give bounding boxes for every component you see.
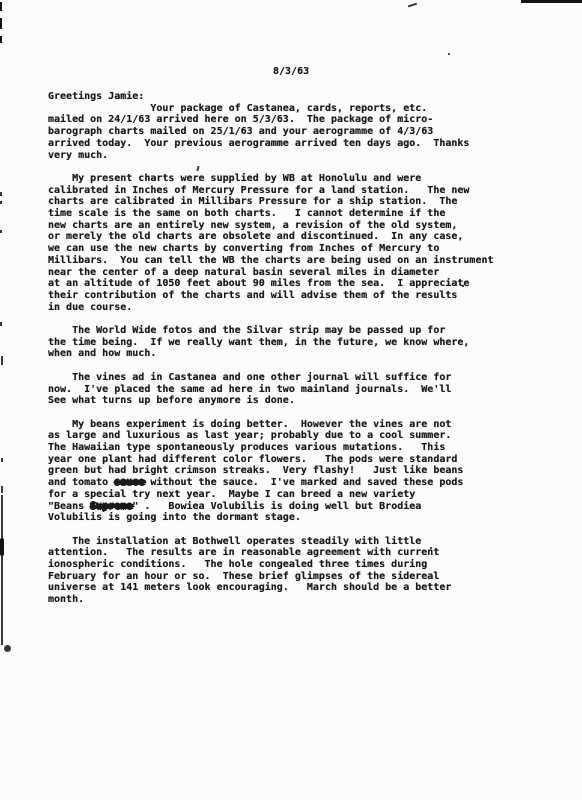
letter-line: in due course. (48, 302, 494, 314)
letter-line: and tomato sauce without the sauce. I've… (48, 477, 494, 489)
letter-line: See what turns up before anymore is done… (48, 395, 494, 407)
letter-line: month. (48, 594, 494, 606)
scan-artifact-edge-speck (1, 356, 3, 365)
letter-paragraph: Greetings Jamie: Your package of Castane… (48, 91, 494, 161)
letter-line: My beans experiment is doing better. How… (48, 419, 494, 431)
letter-paragraph: My present charts were supplied by WB at… (48, 173, 494, 313)
letter-line: the time being. If we really want them, … (48, 337, 494, 349)
letter-line: very much. (48, 150, 494, 162)
letter-line: The Hawaiian type spontaneously produces… (48, 442, 494, 454)
scan-artifact-edge-speck (0, 36, 2, 43)
letter-line: Greetings Jamie: (48, 91, 494, 103)
scan-artifact-dot (448, 53, 450, 55)
scan-artifact-edge-speck (0, 322, 2, 326)
letter-line: ionospheric conditions. The hole congeal… (48, 559, 494, 571)
scan-artifact-edge-line (1, 556, 3, 645)
overstruck-word: Supreme (90, 501, 132, 512)
letter-line: year one plant had different color flowe… (48, 454, 494, 466)
scan-artifact-edge-speck (0, 2, 2, 11)
letter-line: calibrated in Inches of Mercury Pressure… (48, 185, 494, 197)
letter-line: new charts are an entirely new system, a… (48, 220, 494, 232)
letter-paragraph: The vines ad in Castanea and one other j… (48, 372, 494, 407)
letter-line: as large and luxurious as last year; pro… (48, 430, 494, 442)
letter-line: barograph charts mailed on 25/1/63 and y… (48, 126, 494, 138)
scan-artifact-edge-speck (0, 192, 2, 196)
letter-line: Your package of Castanea, cards, reports… (48, 103, 494, 115)
letter-line: we can use the new charts by converting … (48, 243, 494, 255)
scan-artifact-top-right-bar (521, 0, 582, 3)
scan-artifact-dot (430, 547, 432, 549)
letter-line: arrived today. Your previous aerogramme … (48, 138, 494, 150)
letter-line: The installation at Bothwell operates st… (48, 536, 494, 548)
letter-line: or merely the old charts are obsolete an… (48, 231, 494, 243)
scan-artifact-edge-speck (1, 486, 3, 493)
letter-line: The vines ad in Castanea and one other j… (48, 372, 494, 384)
letter-line: Volubilis is going into the dormant stag… (48, 512, 494, 524)
letter-line: Millibars. You can tell the WB the chart… (48, 255, 494, 267)
letter-page: 8/3/63 Greetings Jamie: Your package of … (0, 0, 582, 800)
letter-body: Greetings Jamie: Your package of Castane… (48, 91, 494, 606)
scan-artifact-edge-speck (1, 458, 3, 462)
scan-artifact-edge-speck (0, 230, 2, 233)
letter-line: My present charts were supplied by WB at… (48, 173, 494, 185)
letter-line: at an altitude of 1050 feet about 90 mil… (48, 278, 494, 290)
letter-line: their contribution of the charts and wil… (48, 290, 494, 302)
letter-line: for a special try next year. Maybe I can… (48, 489, 494, 501)
letter-paragraph: My beans experiment is doing better. How… (48, 419, 494, 524)
scan-artifact-edge-blob (0, 538, 4, 556)
letter-line: February for an hour or so. These brief … (48, 571, 494, 583)
letter-line: near the center of a deep natural basin … (48, 267, 494, 279)
letter-line: charts are calibrated in Millibars Press… (48, 196, 494, 208)
letter-paragraph: The installation at Bothwell operates st… (48, 536, 494, 606)
scan-artifact-edge-speck (0, 18, 2, 29)
letter-line: universe at 141 meters look encouraging.… (48, 582, 494, 594)
scan-artifact-tick (408, 3, 417, 8)
overstruck-word: sauce (114, 477, 144, 488)
letter-line: "Beans Supreme" . Bowiea Volubilis is do… (48, 501, 494, 513)
letter-line: green but had bright crimson streaks. Ve… (48, 465, 494, 477)
scan-artifact-dot (462, 285, 464, 287)
scan-artifact-edge-line (1, 495, 3, 540)
letter-line: mailed on 24/1/63 arrived here on 5/3/63… (48, 114, 494, 126)
letter-paragraph: The World Wide fotos and the Silvar stri… (48, 325, 494, 360)
letter-line: now. I've placed the same ad here in two… (48, 384, 494, 396)
letter-date: 8/3/63 (273, 66, 309, 78)
scan-artifact-edge-speck (0, 201, 2, 204)
letter-line: The World Wide fotos and the Silvar stri… (48, 325, 494, 337)
letter-line: time scale is the same on both charts. I… (48, 208, 494, 220)
scan-artifact-smudge (4, 645, 11, 652)
letter-line: attention. The results are in reasonable… (48, 547, 494, 559)
letter-line: when and how much. (48, 348, 494, 360)
